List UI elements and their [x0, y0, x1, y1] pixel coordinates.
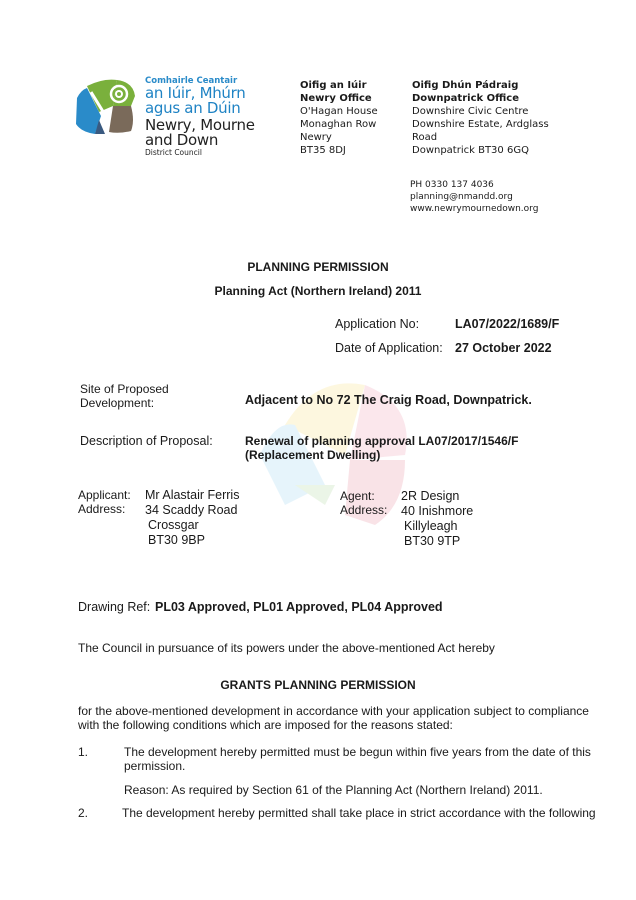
document-subtitle: Planning Act (Northern Ireland) 2011	[0, 284, 636, 298]
condition-1-reason: Reason: As required by Section 61 of the…	[124, 783, 543, 797]
application-no: LA07/2022/1689/F	[455, 317, 559, 331]
agent-address-line: Killyleagh	[401, 519, 473, 534]
applicant-label: Applicant:	[78, 488, 131, 502]
agent-details: 2R Design 40 Inishmore Killyleagh BT30 9…	[401, 489, 473, 549]
condition-2-number: 2.	[78, 806, 88, 820]
drawing-ref: PL03 Approved, PL01 Approved, PL04 Appro…	[155, 600, 443, 614]
agent-labels: Agent: Address:	[340, 489, 387, 517]
agent-address-label: Address:	[340, 503, 387, 517]
condition-2-text: The development hereby permitted shall t…	[122, 806, 596, 820]
applicant-name: Mr Alastair Ferris	[145, 488, 239, 503]
newry-address-line: Monaghan Row	[300, 118, 378, 131]
newry-office: Oifig an Iúir Newry Office O'Hagan House…	[300, 79, 378, 157]
council-logo-text: Comhairle Ceantair an Iúir, Mhúrn agus a…	[145, 76, 255, 158]
downpatrick-address-line: Road	[412, 131, 549, 144]
condition-1-number: 1.	[78, 745, 88, 759]
agent-name: 2R Design	[401, 489, 473, 504]
intro-text: for the above-mentioned development in a…	[78, 704, 589, 732]
condition-1-line1: The development hereby permitted must be…	[124, 745, 591, 759]
applicant-address-line: 34 Scaddy Road	[145, 503, 239, 518]
council-logo-icon	[73, 76, 139, 136]
intro-line2: with the following conditions which are …	[78, 718, 589, 732]
drawing-ref-label: Drawing Ref:	[78, 600, 150, 614]
downpatrick-address-line: Downshire Civic Centre	[412, 105, 549, 118]
condition-1-text: The development hereby permitted must be…	[124, 745, 591, 773]
agent-address-line: BT30 9TP	[401, 534, 473, 549]
pursuance-text: The Council in pursuance of its powers u…	[78, 641, 495, 655]
downpatrick-office-name: Downpatrick Office	[412, 92, 549, 105]
application-no-label: Application No:	[335, 317, 419, 331]
contact-phone: PH 0330 137 4036	[410, 179, 538, 191]
applicant-labels: Applicant: Address:	[78, 488, 131, 516]
site-label-line2: Development:	[80, 396, 169, 410]
description-line2: (Replacement Dwelling)	[245, 448, 518, 462]
applicant-details: Mr Alastair Ferris 34 Scaddy Road Crossg…	[145, 488, 239, 548]
contact-website[interactable]: www.newrymournedown.org	[410, 203, 538, 215]
grants-heading: GRANTS PLANNING PERMISSION	[0, 678, 636, 692]
downpatrick-office-irish: Oifig Dhún Pádraig	[412, 79, 549, 92]
newry-address-line: Newry	[300, 131, 378, 144]
applicant-address-line: Crossgar	[145, 518, 239, 533]
condition-1-line2: permission.	[124, 759, 591, 773]
logo-english-small: District Council	[145, 148, 255, 158]
description-label: Description of Proposal:	[80, 434, 213, 448]
logo-english-line2: and Down	[145, 133, 255, 148]
applicant-address-label: Address:	[78, 502, 131, 516]
applicant-address-line: BT30 9BP	[145, 533, 239, 548]
site-value: Adjacent to No 72 The Craig Road, Downpa…	[245, 393, 532, 407]
logo-irish-line2: agus an Dúin	[145, 101, 255, 116]
site-label: Site of Proposed Development:	[80, 382, 169, 410]
description-line1: Renewal of planning approval LA07/2017/1…	[245, 434, 518, 448]
newry-address-line: BT35 8DJ	[300, 144, 378, 157]
contact-block: PH 0330 137 4036 planning@nmandd.org www…	[410, 179, 538, 215]
newry-office-irish: Oifig an Iúir	[300, 79, 378, 92]
agent-label: Agent:	[340, 489, 387, 503]
site-label-line1: Site of Proposed	[80, 382, 169, 396]
application-date: 27 October 2022	[455, 341, 552, 355]
downpatrick-address-line: Downpatrick BT30 6GQ	[412, 144, 549, 157]
document-title: PLANNING PERMISSION	[0, 260, 636, 274]
intro-line1: for the above-mentioned development in a…	[78, 704, 589, 718]
description-value: Renewal of planning approval LA07/2017/1…	[245, 434, 518, 462]
newry-office-name: Newry Office	[300, 92, 378, 105]
newry-address-line: O'Hagan House	[300, 105, 378, 118]
date-label: Date of Application:	[335, 341, 443, 355]
contact-email[interactable]: planning@nmandd.org	[410, 191, 538, 203]
downpatrick-office: Oifig Dhún Pádraig Downpatrick Office Do…	[412, 79, 549, 157]
downpatrick-address-line: Downshire Estate, Ardglass	[412, 118, 549, 131]
agent-address-line: 40 Inishmore	[401, 504, 473, 519]
